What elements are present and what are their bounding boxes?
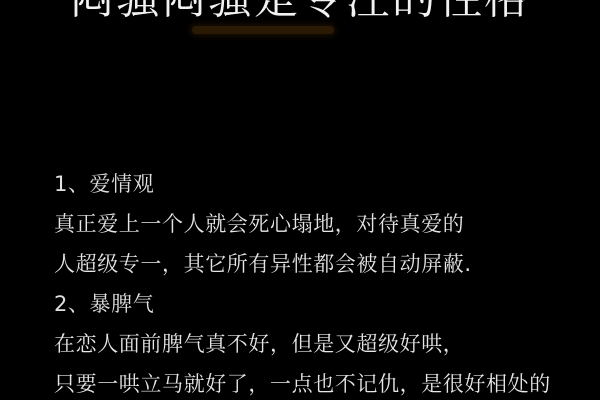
section-heading: 2、暴脾气 — [54, 284, 554, 324]
page-title: 闷骚闷骚是专注的性格 — [0, 0, 600, 25]
paragraph-line: 只要一哄立马就好了，一点也不记仇，是很好相处的 — [54, 364, 554, 400]
article-body: 1、爱情观 真正爱上一个人就会死心塌地，对待真爱的 人超级专一，其它所有异性都会… — [54, 164, 554, 400]
title-underline-decoration — [192, 26, 334, 34]
paragraph-line: 真正爱上一个人就会死心塌地，对待真爱的 — [54, 204, 554, 244]
paragraph-line: 在恋人面前脾气真不好，但是又超级好哄， — [54, 324, 554, 364]
section-heading: 1、爱情观 — [54, 164, 554, 204]
paragraph-line: 人超级专一，其它所有异性都会被自动屏蔽. — [54, 244, 554, 284]
